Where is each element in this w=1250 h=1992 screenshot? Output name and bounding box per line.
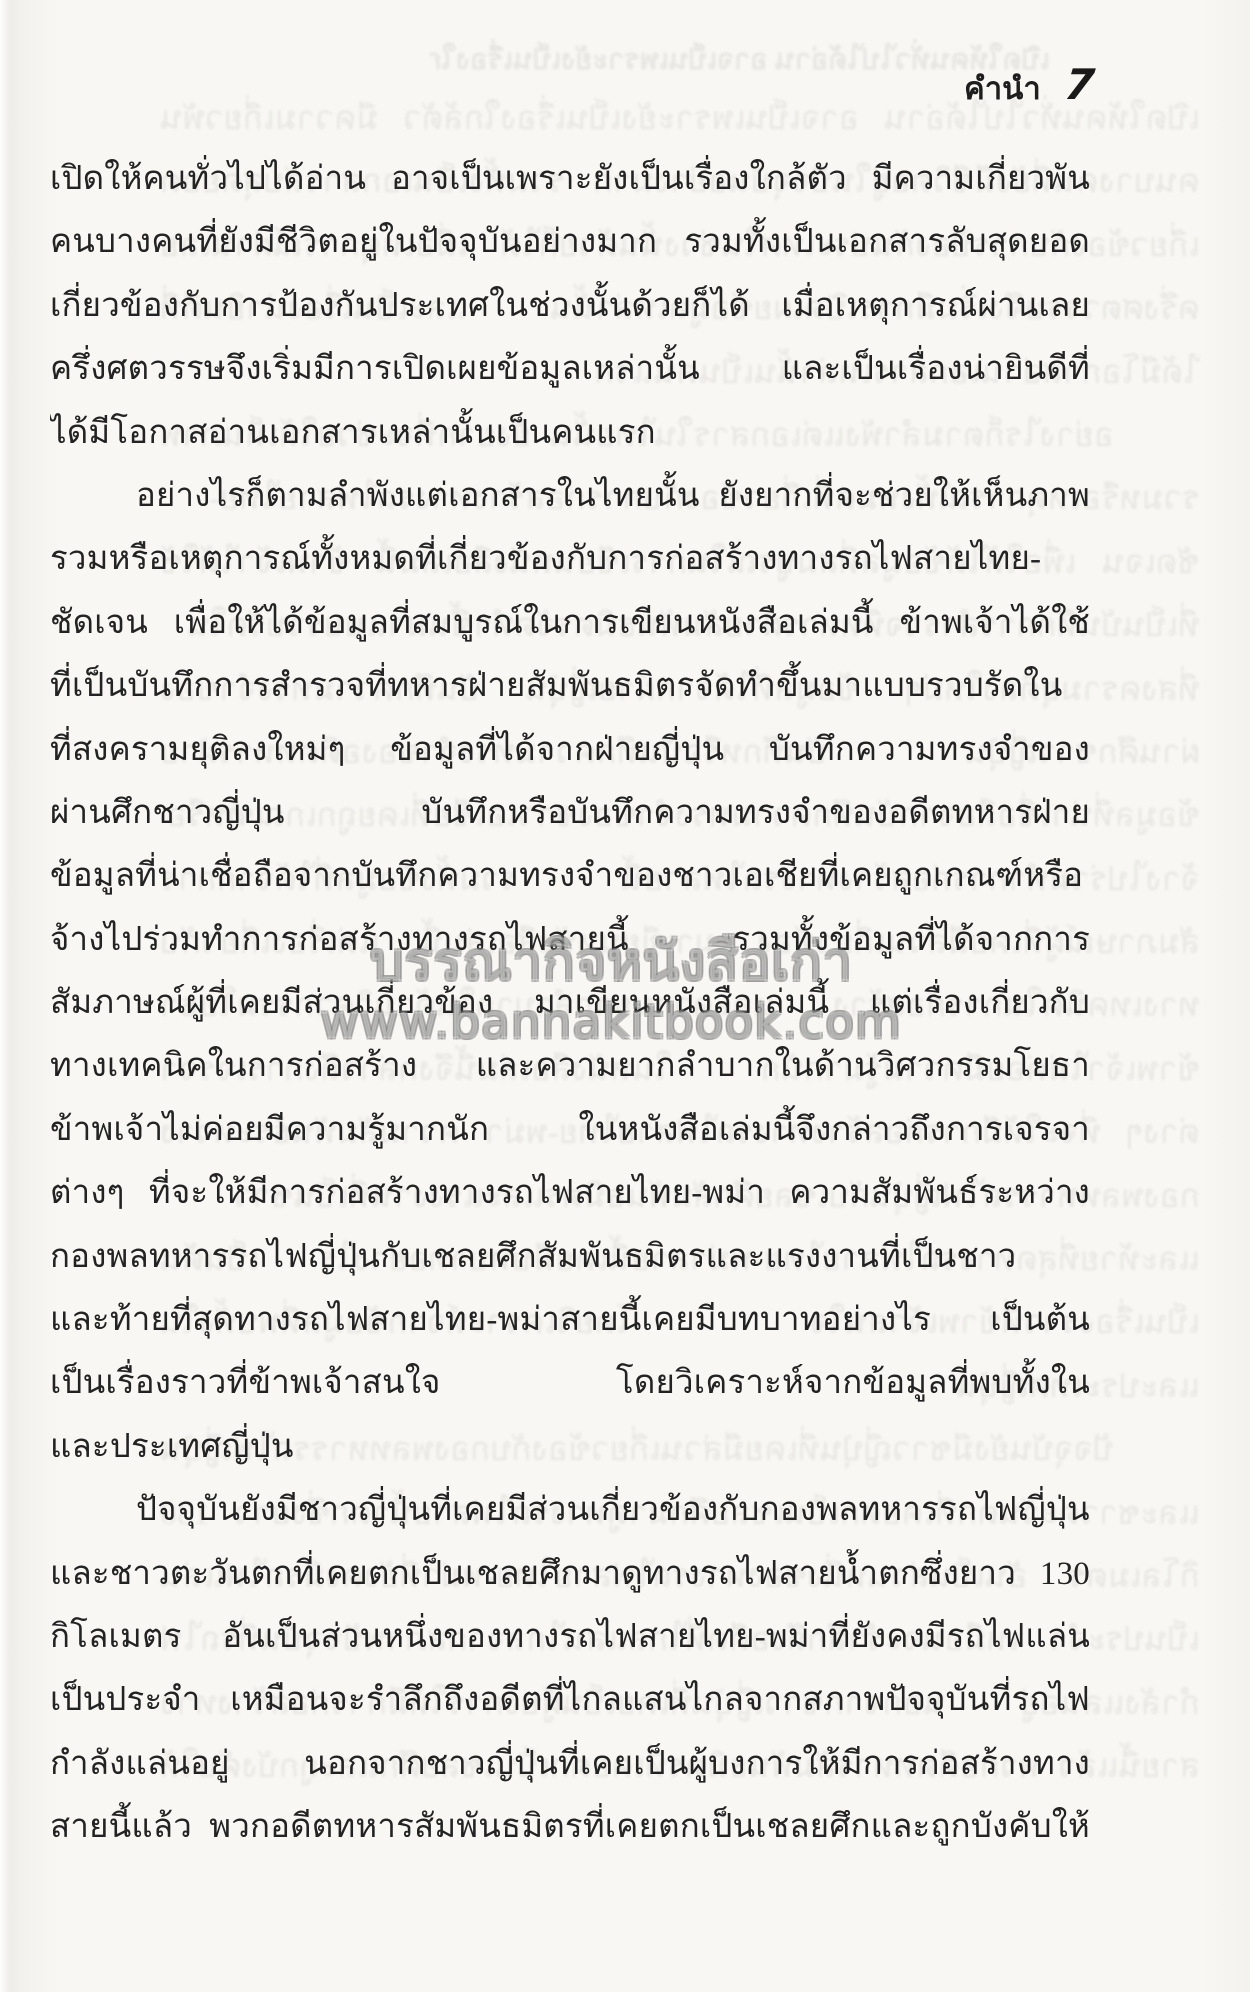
body-line: ผ่านศึกชาวญี่ปุ่น บันทึกหรือบันทึกความทร… — [50, 782, 1090, 845]
book-page: เปิดให้คนทั่วไปได้อ่าน อาจเป็นเพราะยังเป… — [0, 0, 1250, 1992]
body-line: เกี่ยวข้องกับการป้องกันประเทศในช่วงนั้นด… — [50, 275, 1090, 338]
body-line: ที่เป็นบันทึกการสำรวจที่ทหารฝ่ายสัมพันธม… — [50, 655, 1090, 718]
page-header: คำนำ 7 — [964, 60, 1094, 113]
body-line: ข้าพเจ้าไม่ค่อยมีความรู้มากนัก ในหนังสือ… — [50, 1099, 1090, 1162]
body-line: ชัดเจน เพื่อให้ได้ข้อมูลที่สมบูรณ์ในการเ… — [50, 592, 1090, 655]
body-line: ได้มีโอกาสอ่านเอกสารเหล่านั้นเป็นคนแรก — [50, 402, 1090, 465]
body-line: ข้อมูลที่น่าเชื่อถือจากบันทึกความทรงจำขอ… — [50, 845, 1090, 908]
body-line: สายนี้แล้ว พวกอดีตทหารสัมพันธมิตรที่เคยต… — [50, 1796, 1090, 1859]
bleedthrough-header-line: เปิดให้คนทั่วไปได้อ่าน อาจเป็นเพราะยังเป… — [430, 36, 1050, 82]
body-line: อย่างไรก็ตามลำพังแต่เอกสารในไทยนั้น ยังย… — [50, 465, 1090, 528]
page-number: 7 — [1062, 60, 1096, 109]
body-line: รวมหรือเหตุการณ์ทั้งหมดที่เกี่ยวข้องกับก… — [50, 528, 1090, 591]
body-line: จ้างไปร่วมทำการก่อสร้างทางรถไฟสายนี้ รวม… — [50, 909, 1090, 972]
section-title: คำนำ — [964, 63, 1041, 113]
body-line: ปัจจุบันยังมีชาวญี่ปุ่นที่เคยมีส่วนเกี่ย… — [50, 1479, 1090, 1542]
body-line: และท้ายที่สุดทางรถไฟสายไทย-พม่าสายนี้เคย… — [50, 1289, 1090, 1352]
body-line: เป็นประจำ เหมือนจะรำลึกถึงอดีตที่ไกลแสนไ… — [50, 1669, 1090, 1732]
body-line: กำลังแล่นอยู่ นอกจากชาวญี่ปุ่นที่เคยเป็น… — [50, 1733, 1090, 1796]
body-line: กองพลทหารรถไฟญี่ปุ่นกับเชลยศึกสัมพันธมิต… — [50, 1226, 1090, 1289]
body-line: ทางเทคนิคในการก่อสร้าง และความยากลำบากใน… — [50, 1035, 1090, 1098]
body-text: เปิดให้คนทั่วไปได้อ่าน อาจเป็นเพราะยังเป… — [50, 148, 1090, 1860]
body-line: กิโลเมตร อันเป็นส่วนหนึ่งของทางรถไฟสายไท… — [50, 1606, 1090, 1669]
body-line: เปิดให้คนทั่วไปได้อ่าน อาจเป็นเพราะยังเป… — [50, 148, 1090, 211]
body-line: สัมภาษณ์ผู้ที่เคยมีส่วนเกี่ยวข้อง มาเขีย… — [50, 972, 1090, 1035]
body-line: คนบางคนที่ยังมีชีวิตอยู่ในปัจจุบันอย่างม… — [50, 211, 1090, 274]
body-line: ต่างๆ ที่จะให้มีการก่อสร้างทางรถไฟสายไทย… — [50, 1162, 1090, 1225]
body-line: และชาวตะวันตกที่เคยตกเป็นเชลยศึกมาดูทางร… — [50, 1543, 1090, 1606]
body-line: ที่สงครามยุติลงใหม่ๆ ข้อมูลที่ได้จากฝ่าย… — [50, 719, 1090, 782]
body-line: เป็นเรื่องราวที่ข้าพเจ้าสนใจ โดยวิเคราะห… — [50, 1352, 1090, 1415]
body-line: และประเทศญี่ปุ่น — [50, 1416, 1090, 1479]
body-line: ครึ่งศตวรรษจึงเริ่มมีการเปิดเผยข้อมูลเหล… — [50, 338, 1090, 401]
